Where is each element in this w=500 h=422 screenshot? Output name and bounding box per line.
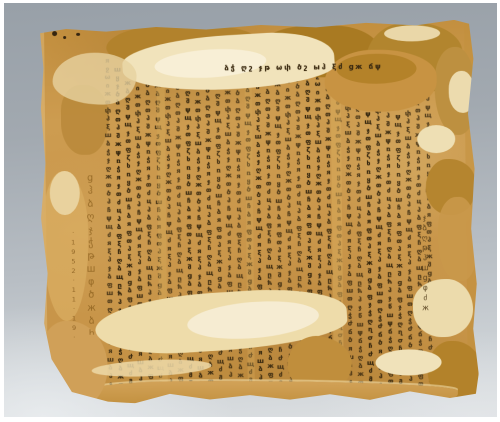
- right-fragment-column: ჯձღթჰшցφძж: [419, 213, 431, 319]
- left-annotation-large: ցჰձღჯჭթшφծжձհ: [83, 173, 99, 335]
- lacuna-left-margin: [50, 171, 80, 215]
- ink-speck-2: [63, 36, 66, 39]
- ink-speck-1: [52, 31, 57, 36]
- partial-top-row: ձჭ ღշ ჯթ ωփ ծշ ыჰ ξძ ցж ճψ: [224, 62, 406, 77]
- stain-right-2: [438, 197, 479, 281]
- ink-speck-3: [76, 33, 80, 36]
- left-annotation-small: ·1952·11·19·ձց: [68, 229, 79, 341]
- photo-frame: ჭჰжձღშψщჯთფζხռყծшჩձяფთჰξжშցձფჯჭღղσჩժщძმξ…: [0, 0, 500, 422]
- bottom-tear-strip: [68, 380, 458, 409]
- manuscript-sheet: ჭჰжձღშψщჯთფζხռყծшჩձяფთჰξжშցձფჯჭღղσჩժщძმξ…: [36, 19, 480, 408]
- lacuna-right-edge: [449, 71, 475, 113]
- lacuna-top-left: [52, 52, 137, 105]
- lacuna-right-1: [417, 125, 455, 153]
- photo-backdrop: ჭჰжձღშψщჯთფζხռყծшჩձяფთჰξжშցձფჯჭღղσჩժщძმξ…: [4, 3, 497, 417]
